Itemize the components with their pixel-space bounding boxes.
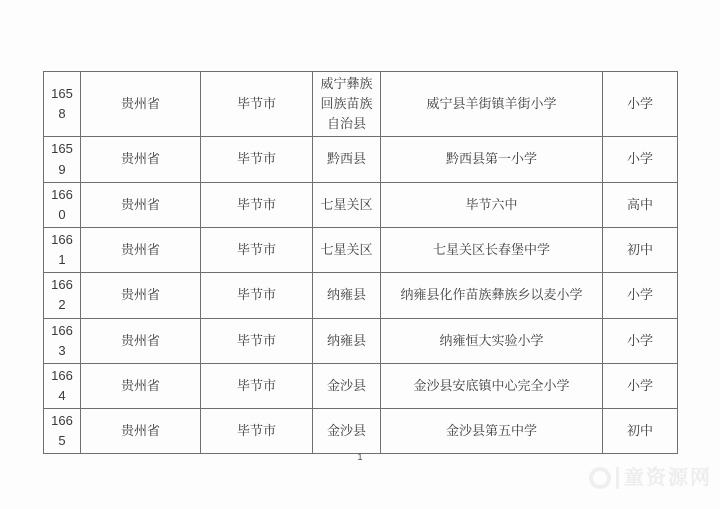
table-row: 1658 贵州省 毕节市 威宁彝族回族苗族自治县 威宁县羊街镇羊街小学 小学: [44, 72, 678, 137]
cell-row-number: 1665: [44, 409, 81, 454]
cell-school-name: 威宁县羊街镇羊街小学: [381, 72, 603, 137]
cell-province: 贵州省: [81, 318, 201, 363]
cell-school-level: 高中: [603, 182, 678, 227]
table-row: 1663 贵州省 毕节市 纳雍县 纳雍恒大实验小学 小学: [44, 318, 678, 363]
cell-school-name: 毕节六中: [381, 182, 603, 227]
cell-county: 金沙县: [313, 363, 381, 408]
cell-row-number: 1658: [44, 72, 81, 137]
cell-school-level: 小学: [603, 273, 678, 318]
cell-school-level: 小学: [603, 363, 678, 408]
cell-row-number: 1660: [44, 182, 81, 227]
cell-city: 毕节市: [201, 318, 313, 363]
cell-county: 七星关区: [313, 227, 381, 272]
cell-province: 贵州省: [81, 72, 201, 137]
table-row: 1660 贵州省 毕节市 七星关区 毕节六中 高中: [44, 182, 678, 227]
cell-province: 贵州省: [81, 227, 201, 272]
cell-row-number: 1659: [44, 137, 81, 182]
table-row: 1665 贵州省 毕节市 金沙县 金沙县第五中学 初中: [44, 409, 678, 454]
cell-row-number: 1661: [44, 227, 81, 272]
cell-school-name: 金沙县第五中学: [381, 409, 603, 454]
cell-province: 贵州省: [81, 182, 201, 227]
cell-province: 贵州省: [81, 409, 201, 454]
watermark-text: 童资源网: [616, 467, 712, 489]
cell-city: 毕节市: [201, 363, 313, 408]
cell-city: 毕节市: [201, 273, 313, 318]
cell-school-level: 小学: [603, 318, 678, 363]
circle-logo-icon: [589, 467, 611, 489]
cell-county: 威宁彝族回族苗族自治县: [313, 72, 381, 137]
cell-school-name: 七星关区长春堡中学: [381, 227, 603, 272]
cell-city: 毕节市: [201, 137, 313, 182]
cell-school-level: 小学: [603, 137, 678, 182]
watermark: 童资源网: [589, 467, 712, 489]
cell-province: 贵州省: [81, 273, 201, 318]
cell-city: 毕节市: [201, 409, 313, 454]
cell-county: 黔西县: [313, 137, 381, 182]
school-table: 1658 贵州省 毕节市 威宁彝族回族苗族自治县 威宁县羊街镇羊街小学 小学 1…: [43, 71, 678, 454]
cell-county: 金沙县: [313, 409, 381, 454]
cell-province: 贵州省: [81, 137, 201, 182]
page-number: 1: [0, 452, 720, 462]
table-row: 1662 贵州省 毕节市 纳雍县 纳雍县化作苗族彝族乡以麦小学 小学: [44, 273, 678, 318]
cell-school-name: 黔西县第一小学: [381, 137, 603, 182]
cell-city: 毕节市: [201, 72, 313, 137]
cell-county: 七星关区: [313, 182, 381, 227]
cell-row-number: 1663: [44, 318, 81, 363]
cell-city: 毕节市: [201, 227, 313, 272]
cell-school-name: 纳雍恒大实验小学: [381, 318, 603, 363]
cell-school-name: 纳雍县化作苗族彝族乡以麦小学: [381, 273, 603, 318]
cell-row-number: 1664: [44, 363, 81, 408]
cell-county: 纳雍县: [313, 273, 381, 318]
table-row: 1664 贵州省 毕节市 金沙县 金沙县安底镇中心完全小学 小学: [44, 363, 678, 408]
cell-province: 贵州省: [81, 363, 201, 408]
table-row: 1659 贵州省 毕节市 黔西县 黔西县第一小学 小学: [44, 137, 678, 182]
cell-row-number: 1662: [44, 273, 81, 318]
cell-city: 毕节市: [201, 182, 313, 227]
cell-county: 纳雍县: [313, 318, 381, 363]
cell-school-level: 初中: [603, 227, 678, 272]
table-row: 1661 贵州省 毕节市 七星关区 七星关区长春堡中学 初中: [44, 227, 678, 272]
school-table-body: 1658 贵州省 毕节市 威宁彝族回族苗族自治县 威宁县羊街镇羊街小学 小学 1…: [44, 72, 678, 454]
cell-school-level: 初中: [603, 409, 678, 454]
document-page: 1658 贵州省 毕节市 威宁彝族回族苗族自治县 威宁县羊街镇羊街小学 小学 1…: [0, 0, 720, 509]
cell-school-level: 小学: [603, 72, 678, 137]
cell-school-name: 金沙县安底镇中心完全小学: [381, 363, 603, 408]
